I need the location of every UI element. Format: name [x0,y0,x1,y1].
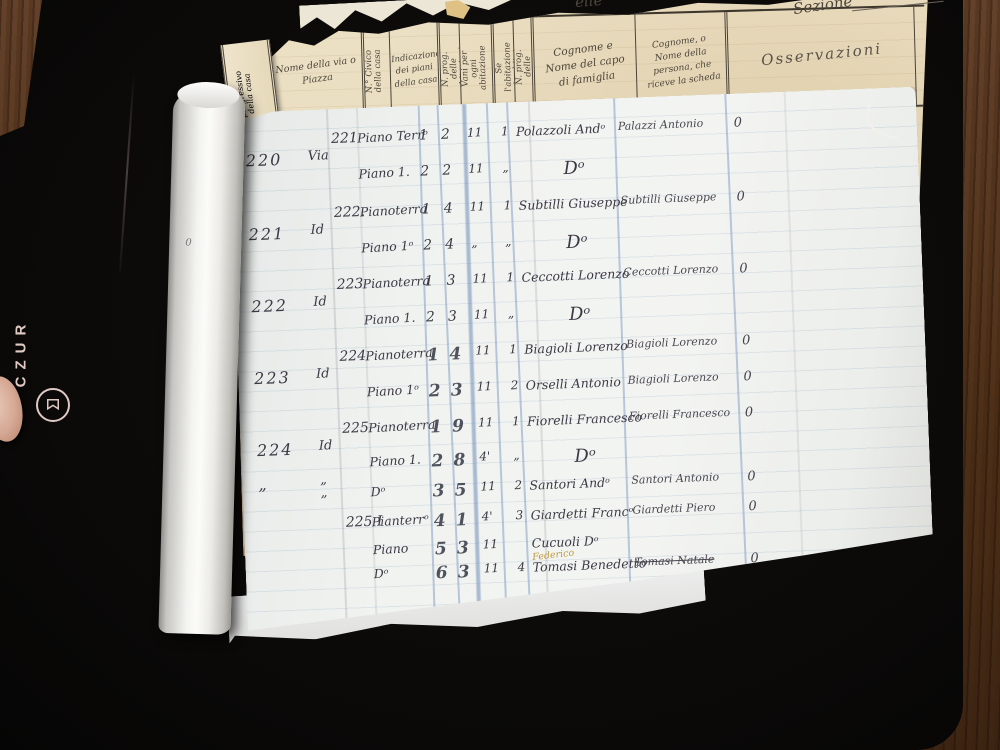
cell-vani: 9 [452,416,473,437]
col-header-abitazioni-label: N. prog. delle abitazioni [440,43,460,94]
cell-via [324,567,350,568]
col-header-civico-label: N.° Civico della casa [364,45,390,96]
cell-abitata: 11 [480,479,507,494]
cell-abitazione-num: 1 [424,273,441,290]
ledger-page: 220 Via 221 Piano Terrᵒ 1 2 11 1 Polazzo… [228,87,935,631]
cell-casa: 220 [245,149,306,170]
cell-abitata: 11 [478,415,505,430]
page-curl: 0 [158,85,245,635]
cell-riceve-scheda: Biagioli Lorenzo [626,333,744,351]
cell-vani: 3 [457,538,478,559]
cell-abitata: 11 [467,125,494,140]
col-header-osservazioni-label: Osservazioni [743,38,900,71]
cell-abitazione-num: 4 [433,511,450,532]
cell-vani: 3 [457,562,478,583]
cell-abitazione-num: 1 [430,417,447,438]
cell-abitata: 11 [482,537,509,552]
col-header-via-label: Nome della via o Piazza [273,53,360,91]
cell-abitata: 11 [472,271,499,286]
cell-osservazioni-mark: 0 [733,115,758,131]
col-header-piani-label: Indicazione dei piani della casa [390,49,438,91]
cell-abitazione-num: 6 [435,563,452,584]
cell-casa: 221 [248,223,309,244]
cell-via [323,543,349,544]
cell-abitata: 11 [475,343,502,358]
cell-piani: Pianterrᵒ [371,511,436,530]
cell-piani: Pianoterra [365,345,430,364]
cell-vani: 4 [445,236,466,253]
cell-via: Id [310,222,337,238]
cell-osservazioni-mark: 0 [739,261,764,277]
cell-vani: 3 [446,272,467,289]
czur-brand-text: CZUR [12,318,29,388]
cell-vani: 1 [455,510,476,531]
cell-osservazioni-mark [749,526,773,527]
col-header-abitata: Se l'abitazione sia abitata o no [490,18,515,117]
cell-via: „ [320,485,347,501]
curl-ink-mark: 0 [185,237,192,248]
cell-osservazioni-mark: 0 [743,368,768,384]
col-header-vani: Vani per ogni abitazione [458,19,493,118]
cell-osservazioni-mark [746,438,770,439]
cell-piani: Piano 1ᵒ [361,237,426,256]
cell-piani: Pianoterra [368,417,433,436]
cell-piani: Pianoterra [362,273,427,292]
cell-piani: Piano 1. [369,451,434,470]
cell-abitazione-num: 2 [420,163,437,180]
cell-osservazioni-mark: 0 [747,468,772,484]
cell-casa: 222 [251,295,312,316]
cell-via [322,515,348,516]
cell-abitata: 11 [470,199,497,214]
cell-vani: 8 [453,450,474,471]
cell-abitazione-num: 1 [419,127,436,144]
cell-abitazione-num: 2 [431,451,448,472]
cell-via: Id [319,438,346,454]
cell-vani: 5 [454,480,475,501]
col-header-famiglie-label: N. prog. delle famiglie [514,41,532,92]
cell-abitazione-num: 2 [426,309,443,326]
cell-vani: 3 [450,380,471,401]
cell-abitazione-num: 1 [427,345,444,366]
cell-abitazione-num: 1 [422,201,439,218]
cell-riceve-scheda: Fiorelli Francesco [629,405,747,423]
cell-abitata: 4' [479,449,506,464]
cell-abitazione-num: 2 [423,237,440,254]
cell-casa: 223 [254,367,315,388]
cell-vani: 4 [444,200,465,217]
col-header-riceve-label: Cognome, o Nome della persona, che ricev… [637,31,725,94]
cell-abitazione-num: 5 [435,539,452,560]
cell-osservazioni-mark: 0 [745,404,770,420]
col-header-civico: N.° Civico della casa [360,22,391,121]
cell-abitata: „ [471,235,498,250]
cell-piani: Piano [372,539,437,558]
cell-vani: 2 [442,162,463,179]
cell-vani: 4 [449,344,470,365]
cell-via [308,167,334,168]
cell-riceve-scheda: Subtilli Giuseppe [620,189,738,207]
cell-riceve-scheda: Biagioli Lorenzo [627,369,745,387]
cell-capofamiglia: Dᵒ [520,227,699,255]
cell-via [314,313,340,314]
czur-logo-icon [36,388,70,422]
cell-piani: Piano 1ᵒ [366,381,431,400]
col-header-abitata-label: Se l'abitazione sia abitata o no [494,42,514,93]
cell-riceve-scheda: Palazzi Antonio [618,116,736,134]
scanned-document-photo: CZUR N.° progressivo della casa Nome del… [0,0,1000,750]
cell-via [317,385,343,386]
cell-capofamiglia: Dᵒ [517,153,696,181]
cell-riceve-scheda: Ceccotti Lorenzo [623,261,741,279]
cell-osservazioni-mark: 0 [742,333,767,349]
cell-piani: Dᵒ [370,481,435,500]
cell-abitata: 11 [483,561,510,576]
scanner-logo: CZUR [14,296,78,446]
cell-osservazioni-mark: 0 [748,498,773,514]
cell-osservazioni-mark [740,297,764,298]
cell-abitazione-num: 2 [428,381,445,402]
cell-osservazioni-mark [735,151,759,152]
col-header-abitazioni: N. prog. delle abitazioni [436,20,461,119]
cell-piani: Dᵒ [373,563,438,582]
cell-vani: 2 [441,126,462,143]
cell-piani: Piano 1. [364,309,429,328]
cell-vani: 3 [448,308,469,325]
cell-osservazioni-mark [738,225,762,226]
cell-abitazione-num: 3 [432,481,449,502]
cell-via: Via [307,148,334,164]
cell-piani: Piano Terrᵒ [357,127,422,146]
cell-capofamiglia: Dᵒ [523,299,702,327]
cell-osservazioni-mark: 0 [736,189,761,205]
cell-abitata: 11 [474,307,501,322]
cell-via: Id [316,366,343,382]
col-header-vani-label: Vani per ogni abitazione [460,42,492,94]
cell-piani: Pianoterra [359,201,424,220]
cell-abitata: 11 [468,161,495,176]
cell-abitata: 11 [476,379,503,394]
col-header-piani: Indicazione dei piani della casa [388,20,439,119]
cell-via: Id [313,294,340,310]
cell-piani: Piano 1. [358,163,423,182]
cell-abitata: 4' [481,509,508,524]
col-header-capo-label: Cognome e Nome del capo di famiglia [536,36,634,94]
cell-via [311,241,337,242]
paper-thread [858,100,908,160]
